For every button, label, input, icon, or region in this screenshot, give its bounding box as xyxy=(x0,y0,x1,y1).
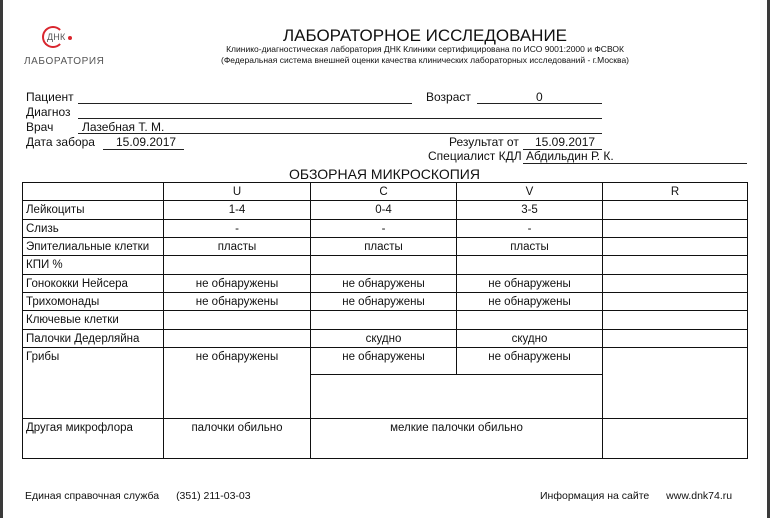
certification-note: Клинико-диагностическая лаборатория ДНК … xyxy=(200,44,650,54)
table-cell-r-text xyxy=(603,293,747,295)
table-cell-v: пласты xyxy=(457,238,603,256)
table-cell-c: скудно xyxy=(311,330,457,348)
phone-number: (351) 211-03-03 xyxy=(176,490,251,502)
table-cell-c-text xyxy=(311,256,456,258)
row-label-text: КПИ % xyxy=(23,256,163,272)
table-cell-u-text xyxy=(164,311,310,313)
page-title: ЛАБОРАТОРНОЕ ИССЛЕДОВАНИЕ xyxy=(200,26,650,46)
column-header-r-text: R xyxy=(603,183,747,199)
table-cell-cv-merged-text xyxy=(311,375,602,377)
age-label: Возраст xyxy=(426,90,471,104)
row-label-text: Грибы xyxy=(23,348,163,364)
table-cell-u-text: 1-4 xyxy=(164,201,310,217)
table-cell-v: 3-5 xyxy=(457,201,603,220)
site-link[interactable]: www.dnk74.ru xyxy=(666,490,732,502)
table-cell-u-text: не обнаружены xyxy=(164,275,310,291)
table-cell-v xyxy=(457,256,603,275)
result-date-label: Результат от xyxy=(449,135,519,149)
table-cell-c-text: 0-4 xyxy=(311,201,456,217)
result-date-value: 15.09.2017 xyxy=(535,135,595,149)
sample-date-label: Дата забора xyxy=(26,135,95,149)
age-value: 0 xyxy=(536,90,543,104)
table-cell-c-text: не обнаружены xyxy=(311,293,456,309)
microscopy-table: UCVRЛейкоциты1-40-43-5Слизь---Эпителиаль… xyxy=(22,182,748,459)
table-cell-r-text xyxy=(603,238,747,240)
row-label: Другая микрофлора xyxy=(23,419,164,458)
specialist-field xyxy=(523,163,747,164)
table-cell-r-text xyxy=(603,220,747,222)
table-cell-v: - xyxy=(457,220,603,238)
diagnosis-label: Диагноз xyxy=(26,105,71,119)
table-cell-v-text: не обнаружены xyxy=(457,293,602,309)
table-cell-c xyxy=(311,311,457,330)
lab-logo: ДНК ЛАБОРАТОРИЯ xyxy=(22,24,100,72)
table-cell-v-text xyxy=(457,311,602,313)
header-blank-text xyxy=(23,183,163,185)
header-blank xyxy=(23,183,164,201)
table-cell-c-text: пласты xyxy=(311,238,456,254)
table-cell-v-text: не обнаружены xyxy=(457,275,602,291)
table-cell-c: пласты xyxy=(311,238,457,256)
row-label: Гонококки Нейсера xyxy=(23,275,164,293)
table-cell-v: не обнаружены xyxy=(457,293,603,311)
table-cell-v xyxy=(457,311,603,330)
row-label: Грибы xyxy=(23,348,164,419)
table-cell-r xyxy=(603,293,747,311)
specialist-label: Специалист КДЛ xyxy=(428,149,522,163)
table-cell-r xyxy=(603,419,747,458)
row-label: Слизь xyxy=(23,220,164,238)
row-label-text: Эпителиальные клетки xyxy=(23,238,163,254)
table-cell-r xyxy=(603,330,747,348)
row-label: Лейкоциты xyxy=(23,201,164,220)
logo-mark: ДНК xyxy=(47,32,65,42)
row-label-text: Трихомонады xyxy=(23,293,163,309)
table-cell-u-text: палочки обильно xyxy=(164,419,310,435)
table-cell-r-text xyxy=(603,201,747,203)
sample-date-value: 15.09.2017 xyxy=(116,135,176,149)
specialist-value: Абдильдин Р. К. xyxy=(526,149,614,163)
table-cell-r xyxy=(603,275,747,293)
column-header-u: U xyxy=(164,183,311,201)
fsvok-note: (Федеральная система внешней оценки каче… xyxy=(200,55,650,65)
row-label: КПИ % xyxy=(23,256,164,275)
table-cell-u: палочки обильно xyxy=(164,419,311,458)
table-cell-v: не обнаружены xyxy=(457,348,603,375)
table-cell-u xyxy=(164,311,311,330)
table-cell-c xyxy=(311,256,457,275)
table-cell-c-text: скудно xyxy=(311,330,456,346)
table-cell-v: не обнаружены xyxy=(457,275,603,293)
table-cell-c-text: не обнаружены xyxy=(311,275,456,291)
table-cell-r-text xyxy=(603,275,747,277)
table-cell-c: 0-4 xyxy=(311,201,457,220)
column-header-v-text: V xyxy=(457,183,602,199)
table-cell-c-text: - xyxy=(311,220,456,236)
table-cell-u: 1-4 xyxy=(164,201,311,220)
table-cell-c: - xyxy=(311,220,457,238)
column-header-v: V xyxy=(457,183,603,201)
site-info: Информация на сайте www.dnk74.ru xyxy=(540,490,732,502)
table-cell-v-text: 3-5 xyxy=(457,201,602,217)
table-cell-u: не обнаружены xyxy=(164,348,311,419)
doctor-label: Врач xyxy=(26,120,53,134)
table-cell-u-text: пласты xyxy=(164,238,310,254)
column-header-r: R xyxy=(603,183,747,201)
row-label-text: Слизь xyxy=(23,220,163,236)
table-cell-u-text xyxy=(164,330,310,332)
table-cell-cv-merged: мелкие палочки обильно xyxy=(311,419,603,458)
table-cell-r xyxy=(603,238,747,256)
table-cell-u-text: не обнаружены xyxy=(164,348,310,364)
table-cell-r xyxy=(603,348,747,419)
page-left-edge xyxy=(0,0,3,518)
column-header-c: C xyxy=(311,183,457,201)
table-cell-c: не обнаружены xyxy=(311,275,457,293)
table-cell-c: не обнаружены xyxy=(311,293,457,311)
row-label: Эпителиальные клетки xyxy=(23,238,164,256)
row-label-text: Палочки Дедерляйна xyxy=(23,330,163,346)
table-cell-u: не обнаружены xyxy=(164,293,311,311)
table-cell-r-text xyxy=(603,419,747,421)
logo-dot-icon xyxy=(68,36,72,40)
table-cell-u: не обнаружены xyxy=(164,275,311,293)
site-label: Информация на сайте xyxy=(540,490,649,502)
row-label-text: Другая микрофлора xyxy=(23,419,163,435)
table-cell-r-text xyxy=(603,330,747,332)
diagnosis-field xyxy=(78,118,602,119)
row-label-text: Ключевые клетки xyxy=(23,311,163,327)
patient-field xyxy=(78,103,412,104)
table-cell-r-text xyxy=(603,256,747,258)
logo-name: ЛАБОРАТОРИЯ xyxy=(24,56,104,67)
table-cell-c-text xyxy=(311,311,456,313)
table-cell-u-text: не обнаружены xyxy=(164,293,310,309)
row-label: Трихомонады xyxy=(23,293,164,311)
doctor-value: Лазебная Т. М. xyxy=(82,120,164,134)
table-cell-r xyxy=(603,256,747,275)
table-cell-v-text: пласты xyxy=(457,238,602,254)
sample-date-field xyxy=(103,149,184,150)
section-title: ОБЗОРНАЯ МИКРОСКОПИЯ xyxy=(22,166,747,182)
row-label-text: Лейкоциты xyxy=(23,201,163,217)
table-cell-cv-merged xyxy=(311,375,603,419)
table-cell-v: скудно xyxy=(457,330,603,348)
table-cell-v-text: - xyxy=(457,220,602,236)
phone-info: Единая справочная служба (351) 211-03-03 xyxy=(25,490,251,502)
row-label: Палочки Дедерляйна xyxy=(23,330,164,348)
table-cell-v-text xyxy=(457,256,602,258)
phone-label: Единая справочная служба xyxy=(25,490,159,502)
column-header-u-text: U xyxy=(164,183,310,199)
table-cell-c-text: не обнаружены xyxy=(311,348,456,364)
row-label: Ключевые клетки xyxy=(23,311,164,330)
table-cell-u: пласты xyxy=(164,238,311,256)
table-cell-v-text: скудно xyxy=(457,330,602,346)
table-cell-r xyxy=(603,201,747,220)
table-cell-r xyxy=(603,311,747,330)
table-cell-u-text xyxy=(164,256,310,258)
table-cell-v-text: не обнаружены xyxy=(457,348,602,364)
column-header-c-text: C xyxy=(311,183,456,199)
table-cell-u-text: - xyxy=(164,220,310,236)
patient-label: Пациент xyxy=(26,90,74,104)
table-cell-r xyxy=(603,220,747,238)
table-cell-u xyxy=(164,256,311,275)
table-cell-r-text xyxy=(603,348,747,350)
row-label-text: Гонококки Нейсера xyxy=(23,275,163,291)
table-cell-cv-merged-text: мелкие палочки обильно xyxy=(311,419,602,435)
table-cell-u xyxy=(164,330,311,348)
table-cell-u: - xyxy=(164,220,311,238)
table-cell-r-text xyxy=(603,311,747,313)
table-cell-c: не обнаружены xyxy=(311,348,457,375)
